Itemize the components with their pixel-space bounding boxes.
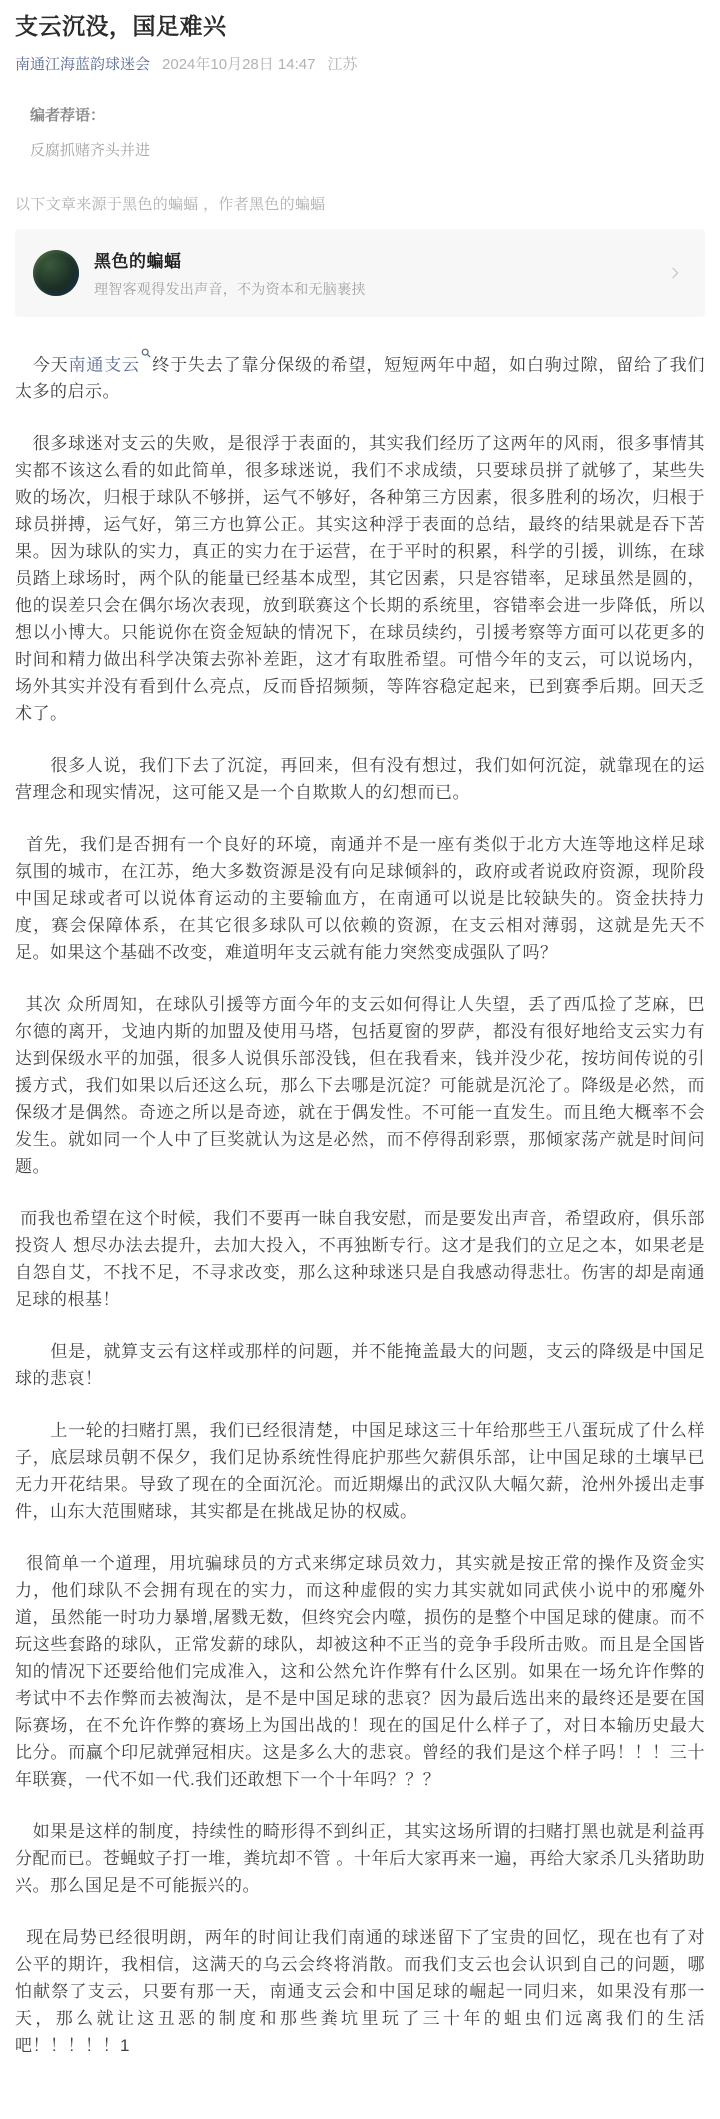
paragraph-text: 如果是这样的制度，持续性的畸形得不到纠正，其实这场所谓的扫赌打黑也就是利益再分配… — [15, 1822, 705, 1895]
editor-note-content: 反腐抓赌齐头并进 — [30, 140, 705, 163]
editor-note-label: 编者荐语： — [30, 104, 705, 125]
article-body: 今天南通支云终于失去了靠分保级的希望，短短两年中超，如白驹过隙，留给了我们太多的… — [15, 347, 705, 2060]
paragraph-text: 现在局势已经很明朗，两年的时间让我们南通的球迷留下了宝贵的回忆，现在也有了对公平… — [15, 1928, 705, 2055]
source-account-tagline: 理智客观得发出声音，不为资本和无脑裹挟 — [94, 279, 366, 299]
article-paragraph: 首先，我们是否拥有一个良好的环境，南通并不是一座有类似于北方大连等地这样足球氛围… — [15, 831, 705, 966]
source-attribution-line: 以下文章来源于黑色的蝙蝠 ，作者黑色的蝙蝠 — [15, 193, 705, 214]
source-account-name: 黑色的蝙蝠 — [94, 247, 366, 272]
paragraph-text: 而我也希望在这个时候，我们不要再一昧自我安慰，而是要发出声音，希望政府，俱乐部 … — [15, 1209, 715, 1309]
paragraph-text: 很多球迷对支云的失败，是很浮于表面的，其实我们经历了这两年的风雨，很多事情其实都… — [15, 434, 705, 723]
article-page: 支云沉没，国足难兴 南通江海蓝韵球迷会2024年10月28日 14:47江苏 编… — [0, 0, 720, 2119]
source-avatar-image — [33, 250, 79, 296]
chevron-right-icon — [667, 265, 683, 281]
article-paragraph: 很多球迷对支云的失败，是很浮于表面的，其实我们经历了这两年的风雨，很多事情其实都… — [15, 430, 705, 727]
article-paragraph: 而我也希望在这个时候，我们不要再一昧自我安慰，而是要发出声音，希望政府，俱乐部 … — [15, 1205, 705, 1313]
inline-entity-link[interactable]: 南通支云 — [69, 355, 140, 374]
article-paragraph: 现在局势已经很明朗，两年的时间让我们南通的球迷留下了宝贵的回忆，现在也有了对公平… — [15, 1924, 705, 2059]
source-account-card[interactable]: 黑色的蝙蝠 理智客观得发出声音，不为资本和无脑裹挟 — [15, 229, 705, 317]
article-paragraph: 很简单一个道理，用坑骗球员的方式来绑定球员效力，其实就是按正常的操作及资金实力，… — [15, 1550, 705, 1793]
article-paragraph: 但是，就算支云有这样或那样的问题，并不能掩盖最大的问题，支云的降级是中国足球的悲… — [15, 1338, 705, 1392]
paragraph-text: 但是，就算支云有这样或那样的问题，并不能掩盖最大的问题，支云的降级是中国足球的悲… — [15, 1342, 705, 1388]
article-paragraph: 很多人说，我们下去了沉淀，再回来，但有没有想过，我们如何沉淀，就靠现在的运营理念… — [15, 752, 705, 806]
paragraph-text: 上一轮的扫赌打黑，我们已经很清楚，中国足球这三十年给那些王八蛋玩成了什么样子，底… — [15, 1421, 705, 1521]
publish-location: 江苏 — [327, 56, 357, 73]
article-paragraph: 如果是这样的制度，持续性的畸形得不到纠正，其实这场所谓的扫赌打黑也就是利益再分配… — [15, 1818, 705, 1899]
source-card-text: 黑色的蝙蝠 理智客观得发出声音，不为资本和无脑裹挟 — [94, 247, 366, 299]
article-paragraph: 其次 众所周知，在球队引援等方面今年的支云如何得让人失望，丢了西瓜捡了芝麻，巴尔… — [15, 991, 705, 1180]
article-paragraph: 上一轮的扫赌打黑，我们已经很清楚，中国足球这三十年给那些王八蛋玩成了什么样子，底… — [15, 1417, 705, 1525]
paragraph-text: 很多人说，我们下去了沉淀，再回来，但有没有想过，我们如何沉淀，就靠现在的运营理念… — [15, 756, 705, 802]
paragraph-text: 其次 众所周知，在球队引援等方面今年的支云如何得让人失望，丢了西瓜捡了芝麻，巴尔… — [15, 995, 705, 1176]
paragraph-text: 首先，我们是否拥有一个良好的环境，南通并不是一座有类似于北方大连等地这样足球氛围… — [15, 835, 705, 962]
article-title: 支云沉没，国足难兴 — [15, 10, 705, 42]
byline: 南通江海蓝韵球迷会2024年10月28日 14:47江苏 — [15, 53, 705, 74]
paragraph-text: 很简单一个道理，用坑骗球员的方式来绑定球员效力，其实就是按正常的操作及资金实力，… — [15, 1554, 705, 1789]
account-link[interactable]: 南通江海蓝韵球迷会 — [15, 56, 150, 73]
search-superscript-icon[interactable] — [141, 352, 151, 368]
publish-date: 2024年10月28日 14:47 — [162, 56, 315, 73]
article-paragraph: 今天南通支云终于失去了靠分保级的希望，短短两年中超，如白驹过隙，留给了我们太多的… — [15, 347, 705, 406]
paragraph-text: 今天 — [15, 355, 69, 374]
editor-note: 编者荐语： 反腐抓赌齐头并进 — [15, 104, 705, 163]
